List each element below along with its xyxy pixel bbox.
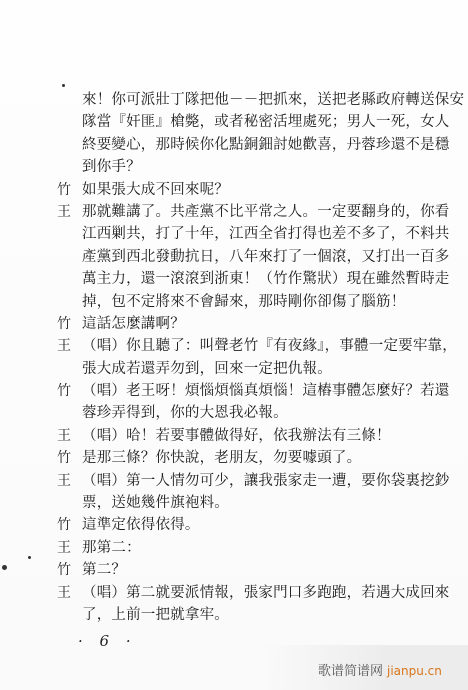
dialogue-line: 王（唱）哈！若要事體做得好，依我辦法有三條！ bbox=[57, 426, 391, 447]
dialogue-line: 竹（唱）老王呀！煩惱煩惱真煩惱！這樁事體怎麼好？若還 bbox=[57, 381, 450, 402]
speaker-label: 王 bbox=[57, 426, 82, 447]
dialogue-line: 王（唱）第二就要派情報，張家門口多跑跑，若遇大成回來 bbox=[57, 583, 450, 604]
line-text: 那第二： bbox=[82, 538, 141, 559]
line-text: （唱）哈！若要事體做得好，依我辦法有三條！ bbox=[82, 426, 391, 447]
line-text: 是那三條？你快說，老朋友，勿要噱頭了。 bbox=[82, 448, 361, 469]
line-text: 萬主力，還一滾滾到浙東！（竹作驚狀）現在雖然暫時走 bbox=[82, 269, 450, 290]
dialogue-line: 王（唱）第一人情勿可少，讓我張家走一遭，要你袋裏挖鈔 bbox=[57, 471, 450, 492]
page-number: · 6 · bbox=[78, 632, 137, 650]
dialogue-line: 王（唱）你且聽了：叫聲老竹『有夜緣』，事體一定要牢靠， bbox=[57, 336, 457, 357]
line-text: 到你手？ bbox=[82, 157, 141, 178]
speaker-label: 王 bbox=[57, 471, 82, 492]
line-text: 第二？ bbox=[82, 560, 126, 581]
text-line: 蓉珍弄得到，你的大恩我必報。 bbox=[57, 403, 288, 424]
line-text: 張大成若還弄勿到，回來一定把仇報。 bbox=[82, 359, 332, 380]
dialogue-line: 王那第二： bbox=[57, 538, 141, 559]
line-text: 那就難講了。共產黨不比平常之人。一定要翻身的，你看 bbox=[82, 202, 450, 223]
line-text: 來！你可派壯丁隊把他－－把抓來，送把老縣政府轉送保安 bbox=[82, 90, 464, 111]
text-line: 終要變心，那時候你化點銅鈿討她歡喜，丹蓉珍還不是穩 bbox=[57, 135, 450, 156]
text-line: 隊當『奸匪』槍斃，或者秘密活埋處死；男人一死，女人 bbox=[57, 112, 450, 133]
binding-hole-mark bbox=[2, 565, 7, 570]
speck-mark bbox=[28, 556, 31, 559]
text-line: 江西剿共，打了十年，江西全省打得也差不多了，不料共 bbox=[57, 224, 450, 245]
line-text: 終要變心，那時候你化點銅鈿討她歡喜，丹蓉珍還不是穩 bbox=[82, 135, 450, 156]
line-text: 如果張大成不回來呢？ bbox=[82, 180, 229, 201]
speck-mark bbox=[62, 84, 65, 87]
dialogue-line: 竹這話怎麼講啊？ bbox=[57, 314, 185, 335]
speaker-label: 王 bbox=[57, 538, 82, 559]
line-text: 隊當『奸匪』槍斃，或者秘密活埋處死；男人一死，女人 bbox=[82, 112, 450, 133]
text-line: 到你手？ bbox=[57, 157, 141, 178]
line-text: （唱）第二就要派情報，張家門口多跑跑，若遇大成回來 bbox=[82, 583, 450, 604]
document-page: 來！你可派壯丁隊把他－－把抓來，送把老縣政府轉送保安 隊當『奸匪』槍斃，或者秘密… bbox=[0, 0, 468, 690]
watermark-en: jianpu.cn bbox=[387, 664, 442, 678]
line-text: 了，上前一把就拿牢。 bbox=[82, 605, 229, 626]
dialogue-line: 王那就難講了。共產黨不比平常之人。一定要翻身的，你看 bbox=[57, 202, 450, 223]
dialogue-line: 竹這準定依得依得。 bbox=[57, 515, 200, 536]
speaker-label: 竹 bbox=[57, 314, 82, 335]
text-line: 票，送她幾件旗袍料。 bbox=[57, 493, 229, 514]
text-line: 掉，包不定將來不會歸來，那時剛你卻傷了腦筋！ bbox=[57, 292, 405, 313]
speaker-label: 竹 bbox=[57, 381, 82, 402]
line-text: （唱）老王呀！煩惱煩惱真煩惱！這樁事體怎麼好？若還 bbox=[82, 381, 450, 402]
watermark-cn: 歌谱简谱网 bbox=[318, 664, 383, 679]
dialogue-line: 竹第二？ bbox=[57, 560, 126, 581]
speaker-label: 竹 bbox=[57, 515, 82, 536]
speaker-label: 竹 bbox=[57, 560, 82, 581]
line-text: 江西剿共，打了十年，江西全省打得也差不多了，不料共 bbox=[82, 224, 450, 245]
speaker-label: 王 bbox=[57, 336, 82, 357]
line-text: 票，送她幾件旗袍料。 bbox=[82, 493, 229, 514]
text-line: 了，上前一把就拿牢。 bbox=[57, 605, 229, 626]
text-line: 張大成若還弄勿到，回來一定把仇報。 bbox=[57, 359, 332, 380]
speaker-label: 竹 bbox=[57, 180, 82, 201]
text-line: 產黨到西北發動抗日，八年來打了一個滾，又打出一百多 bbox=[57, 247, 450, 268]
speaker-label: 竹 bbox=[57, 448, 82, 469]
line-text: （唱）第一人情勿可少，讓我張家走一遭，要你袋裏挖鈔 bbox=[82, 471, 450, 492]
line-text: 產黨到西北發動抗日，八年來打了一個滾，又打出一百多 bbox=[82, 247, 450, 268]
line-text: 這話怎麼講啊？ bbox=[82, 314, 185, 335]
text-line: 萬主力，還一滾滾到浙東！（竹作驚狀）現在雖然暫時走 bbox=[57, 269, 450, 290]
speaker-label: 王 bbox=[57, 583, 82, 604]
dialogue-line: 竹是那三條？你快說，老朋友，勿要噱頭了。 bbox=[57, 448, 361, 469]
line-text: 掉，包不定將來不會歸來，那時剛你卻傷了腦筋！ bbox=[82, 292, 405, 313]
watermark: 歌谱简谱网jianpu.cn bbox=[318, 660, 442, 679]
text-line: 來！你可派壯丁隊把他－－把抓來，送把老縣政府轉送保安 bbox=[57, 90, 464, 111]
line-text: 蓉珍弄得到，你的大恩我必報。 bbox=[82, 403, 288, 424]
dialogue-line: 竹如果張大成不回來呢？ bbox=[57, 180, 229, 201]
line-text: 這準定依得依得。 bbox=[82, 515, 200, 536]
speaker-label: 王 bbox=[57, 202, 82, 223]
line-text: （唱）你且聽了：叫聲老竹『有夜緣』，事體一定要牢靠， bbox=[82, 336, 457, 357]
